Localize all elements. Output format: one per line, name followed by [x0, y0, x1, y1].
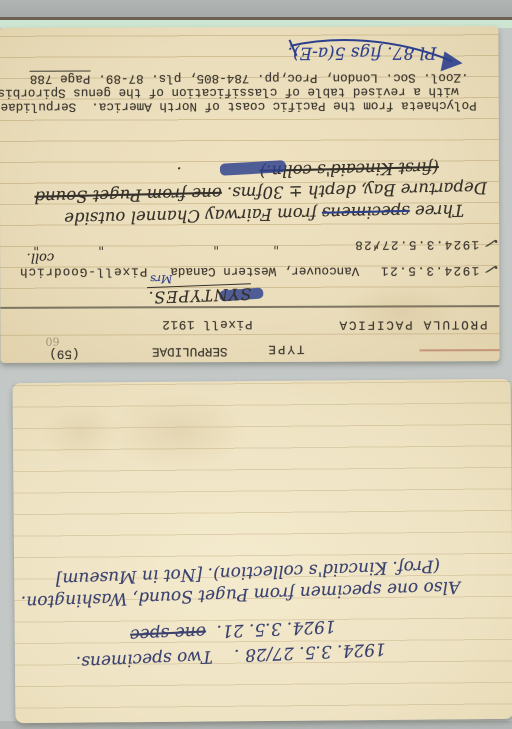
coll-annotation: coll.: [27, 250, 55, 265]
specimen-card-back: 1924. 3.5. 27/28 . Two specimens. 1924. …: [13, 379, 512, 723]
red-margin-line: [420, 350, 500, 352]
syntypes-note: SYNTYPES.: [147, 283, 251, 307]
struck-text: specimens: [322, 202, 410, 223]
specimen-card-front: TYPE SERPULIDAE (59) 60 PROTULA PACIFICA…: [0, 26, 500, 363]
page-number: Page 788: [30, 71, 91, 86]
checkmark: ✓: [480, 233, 502, 251]
citation-line1: Polychaeta from the Pacific coast of Nor…: [1, 98, 477, 114]
registration-number: 1924.3.5.21: [380, 263, 480, 277]
species-name: PROTULA PACIFICA: [338, 317, 488, 332]
corner-number: (59): [49, 347, 79, 361]
struck-text: one from Puget Sound: [34, 184, 222, 207]
card-header-line: [0, 305, 499, 309]
author-year: Pixell 1912: [162, 317, 253, 331]
mrs-annotation: Mrs: [150, 272, 172, 285]
ditto-mark: ": [273, 236, 279, 251]
checkmark: ✓: [480, 259, 502, 277]
scanner-background-strip: [0, 0, 512, 17]
pencil-number: 60: [45, 335, 59, 348]
scanned-photo-of-index-cards: TYPE SERPULIDAE (59) 60 PROTULA PACIFICA…: [0, 0, 512, 729]
collector-name: Pixell-Goodrich: [19, 264, 147, 278]
ditto-mark: ": [213, 236, 219, 251]
struck-text: one spec: [130, 621, 207, 644]
citation-line2: with a revised table of classification o…: [0, 84, 459, 100]
ditto-mark: ": [373, 236, 379, 251]
note-text: Three: [410, 201, 465, 221]
type-status-label: TYPE: [266, 342, 304, 356]
struck-text: (first Kincaid's colln.): [260, 158, 439, 181]
ditto-mark: ": [33, 237, 39, 252]
ditto-mark: ": [98, 237, 104, 252]
ruled-line: [0, 333, 499, 336]
ruled-lines: [13, 379, 512, 729]
locality: Vancouver, Western Canada: [170, 264, 359, 279]
ink-arrow: [276, 33, 486, 78]
family-name: SERPULIDAE: [152, 344, 228, 358]
note-text: .: [176, 163, 182, 182]
